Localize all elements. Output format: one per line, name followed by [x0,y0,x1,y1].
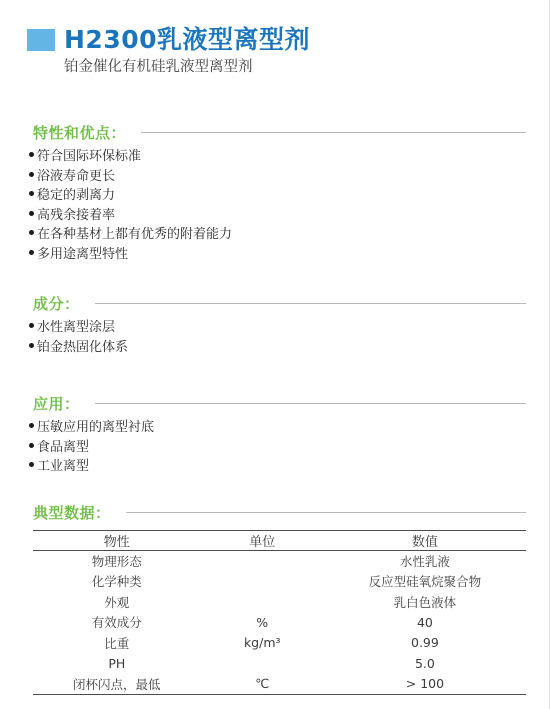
list-item-text: 浴液寿命更长 [37,165,115,184]
bullet-icon [29,191,34,196]
cell-property: 比重 [33,633,201,654]
cell-value: 水性乳液 [324,551,526,572]
heading-rule [141,132,526,133]
bullet-icon [29,152,34,157]
cell-property: PH [33,653,201,674]
list-item: 多用途离型特性 [33,243,526,263]
cell-unit: kg/m³ [201,633,324,654]
cell-unit [201,551,324,572]
ingredients-list: 水性离型涂层 铂金热固化体系 [33,316,526,355]
section-heading-label: 特性和优点： [33,122,126,143]
cell-property: 有效成分 [33,612,201,633]
bullet-icon [29,462,34,467]
column-header-unit: 单位 [201,530,324,551]
cell-value: 40 [324,612,526,633]
cell-value: 0.99 [324,633,526,654]
column-header-value: 数值 [324,530,526,551]
cell-unit: % [201,612,324,633]
list-item-text: 多用途离型特性 [37,243,128,262]
list-item: 铂金热固化体系 [33,336,526,356]
section-heading: 应用： [33,394,526,413]
table-row: 有效成分 % 40 [33,612,526,633]
typical-data-table: 物性 单位 数值 物理形态 水性乳液 化学种类 反应型硅氧烷聚合物 外观 [33,530,526,695]
cell-value: 反应型硅氧烷聚合物 [324,571,526,592]
bullet-icon [29,211,34,216]
bullet-icon [29,423,34,428]
list-item-text: 高残余接着率 [37,204,115,223]
section-heading: 成分： [33,294,526,313]
list-item: 水性离型涂层 [33,316,526,336]
section-heading: 特性和优点： [33,123,526,142]
heading-rule [95,403,526,404]
cell-property: 物理形态 [33,551,201,572]
bullet-icon [29,343,34,348]
bullet-icon [29,323,34,328]
column-header-property: 物性 [33,530,201,551]
list-item: 食品离型 [33,436,526,456]
list-item-text: 食品离型 [37,436,89,455]
applications-list: 压敏应用的离型衬底 食品离型 工业离型 [33,416,526,475]
list-item-text: 压敏应用的离型衬底 [37,416,154,435]
section-heading-label: 成分： [33,293,80,314]
product-title: H2300乳液型离型剂 [64,27,310,53]
datasheet-page: H2300乳液型离型剂 铂金催化有机硅乳液型离型剂 特性和优点： 符合国际环保标… [0,0,550,709]
cell-property: 闭杯闪点，最低 [33,674,201,695]
section-applications: 应用： 压敏应用的离型衬底 食品离型 工业离型 [33,394,526,475]
section-heading-label: 典型数据： [33,502,111,523]
cell-unit: ℃ [201,674,324,695]
list-item: 压敏应用的离型衬底 [33,416,526,436]
table-row: 比重 kg/m³ 0.99 [33,633,526,654]
section-ingredients: 成分： 水性离型涂层 铂金热固化体系 [33,294,526,355]
list-item: 符合国际环保标准 [33,145,526,165]
heading-rule [126,512,526,513]
list-item-text: 铂金热固化体系 [37,336,128,355]
product-subtitle: 铂金催化有机硅乳液型离型剂 [64,58,549,77]
bullet-icon [29,230,34,235]
list-item: 高残余接着率 [33,204,526,224]
cell-unit [201,592,324,613]
section-features: 特性和优点： 符合国际环保标准 浴液寿命更长 稳定的剥离力 高残余接着率 在各种… [33,123,526,262]
list-item: 浴液寿命更长 [33,165,526,185]
cell-property: 外观 [33,592,201,613]
list-item-text: 工业离型 [37,455,89,474]
section-typical-data: 典型数据： 物性 单位 数值 物理形态 水性乳液 化学种类 [33,503,526,695]
section-heading-label: 应用： [33,393,80,414]
title-row: H2300乳液型离型剂 [27,27,549,53]
list-item: 工业离型 [33,455,526,475]
cell-property: 化学种类 [33,571,201,592]
list-item-text: 稳定的剥离力 [37,184,115,203]
heading-rule [95,303,526,304]
cell-value: > 100 [324,674,526,695]
header: H2300乳液型离型剂 铂金催化有机硅乳液型离型剂 [0,0,549,77]
cell-unit [201,571,324,592]
features-list: 符合国际环保标准 浴液寿命更长 稳定的剥离力 高残余接着率 在各种基材上都有优秀… [33,145,526,262]
bullet-icon [29,250,34,255]
table-header-row: 物性 单位 数值 [33,530,526,551]
list-item-text: 符合国际环保标准 [37,145,141,164]
cell-value: 5.0 [324,653,526,674]
table-row: 闭杯闪点，最低 ℃ > 100 [33,674,526,695]
table-row: PH 5.0 [33,653,526,674]
list-item-text: 水性离型涂层 [37,316,115,335]
table-row: 物理形态 水性乳液 [33,551,526,572]
list-item-text: 在各种基材上都有优秀的附着能力 [37,223,232,242]
cell-unit [201,653,324,674]
table-row: 外观 乳白色液体 [33,592,526,613]
section-heading: 典型数据： [33,503,526,522]
title-square-icon [27,29,55,51]
list-item: 在各种基材上都有优秀的附着能力 [33,223,526,243]
cell-value: 乳白色液体 [324,592,526,613]
table-row: 化学种类 反应型硅氧烷聚合物 [33,571,526,592]
bullet-icon [29,172,34,177]
bullet-icon [29,443,34,448]
list-item: 稳定的剥离力 [33,184,526,204]
